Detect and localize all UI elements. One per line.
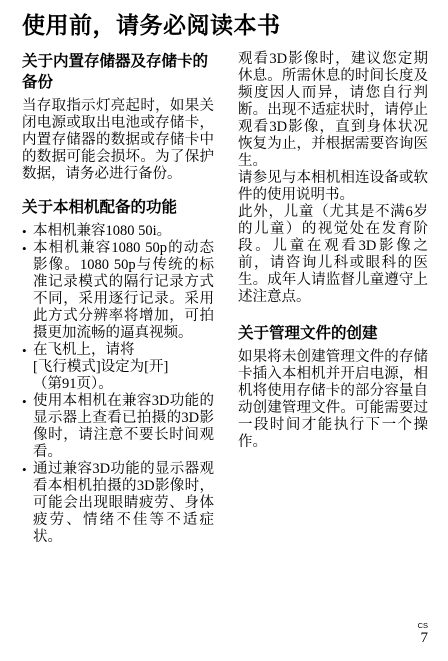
backup-paragraph: 当存取指示灯亮起时，如果关闭电源或取出电池或存储卡，内置存储器的数据或存储卡中的… — [22, 98, 214, 183]
two-column-layout: 关于内置存储器及存储卡的备份 当存取指示灯亮起时，如果关闭电源或取出电池或存储卡… — [0, 51, 448, 546]
viewing-3d-paragraph: 此外，儿童（尤其是不满6岁的儿童）的视觉处在发育阶段。儿童在观看3D影像之前，请… — [238, 204, 428, 306]
page-title: 使用前，请务必阅读本书 — [22, 11, 426, 39]
bullet-item-text: 本相机兼容1080 50p的动态影像。1080 50p与传统的标准记录模式的隔行… — [33, 240, 214, 341]
bullet-icon: • — [22, 223, 27, 240]
section-3d-viewing-advice: 观看3D影像时，建议您定期休息。所需休息的时间长度及频度因人而异，请您自行判断。… — [238, 51, 428, 306]
management-file-paragraph: 如果将未创建管理文件的存储卡插入本相机并开启电源，相机将使用存储卡的部分容量自动… — [238, 349, 428, 451]
left-column: 关于内置存储器及存储卡的备份 当存取指示灯亮起时，如果关闭电源或取出电池或存储卡… — [22, 51, 214, 546]
bullet-item-text: 通过兼容3D功能的显示器观看本相机拍摄的3D影像时，可能会出现眼睛疲劳、身体疲劳… — [33, 461, 214, 545]
bullet-item-text: 在飞机上，请将 [飞行模式]设定为[开] （第91页）。 — [33, 342, 168, 392]
list-item: • 本相机兼容1080 50p的动态影像。1080 50p与传统的标准记录模式的… — [22, 240, 214, 342]
right-column: 观看3D影像时，建议您定期休息。所需休息的时间长度及频度因人而异，请您自行判断。… — [238, 51, 428, 546]
section-heading-backup: 关于内置存储器及存储卡的备份 — [22, 51, 214, 93]
viewing-3d-paragraph: 请参见与本相机相连设备或软件的使用说明书。 — [238, 170, 428, 204]
bullet-icon: • — [22, 393, 27, 410]
bullet-icon: • — [22, 240, 27, 257]
language-code: CS — [418, 621, 428, 630]
list-item: • 本相机兼容1080 50i。 — [22, 223, 214, 240]
bullet-item-text: 使用本相机在兼容3D功能的显示器上查看已拍摄的3D影像时，请注意不要长时间观看。 — [33, 393, 214, 460]
bullet-icon: • — [22, 461, 27, 478]
section-camera-features: 关于本相机配备的功能 • 本相机兼容1080 50i。 • 本相机兼容1080 … — [22, 197, 214, 546]
page-footer: CS 7 — [418, 621, 428, 646]
bullet-icon: • — [22, 342, 27, 359]
bullet-item-text: 本相机兼容1080 50i。 — [33, 223, 171, 239]
viewing-3d-paragraph: 观看3D影像时，建议您定期休息。所需休息的时间长度及频度因人而异，请您自行判断。… — [238, 51, 428, 170]
section-internal-memory-backup: 关于内置存储器及存储卡的备份 当存取指示灯亮起时，如果关闭电源或取出电池或存储卡… — [22, 51, 214, 183]
list-item: • 在飞机上，请将 [飞行模式]设定为[开] （第91页）。 — [22, 342, 214, 393]
list-item: • 通过兼容3D功能的显示器观看本相机拍摄的3D影像时，可能会出现眼睛疲劳、身体… — [22, 461, 214, 546]
page-number: 7 — [418, 630, 428, 646]
section-heading-management-file: 关于管理文件的创建 — [238, 323, 428, 344]
section-heading-features: 关于本相机配备的功能 — [22, 197, 214, 218]
manual-page: 使用前，请务必阅读本书 关于内置存储器及存储卡的备份 当存取指示灯亮起时，如果关… — [0, 0, 448, 661]
list-item: • 使用本相机在兼容3D功能的显示器上查看已拍摄的3D影像时，请注意不要长时间观… — [22, 393, 214, 461]
section-management-file: 关于管理文件的创建 如果将未创建管理文件的存储卡插入本相机并开启电源，相机将使用… — [238, 323, 428, 451]
features-bullet-list: • 本相机兼容1080 50i。 • 本相机兼容1080 50p的动态影像。10… — [22, 223, 214, 546]
